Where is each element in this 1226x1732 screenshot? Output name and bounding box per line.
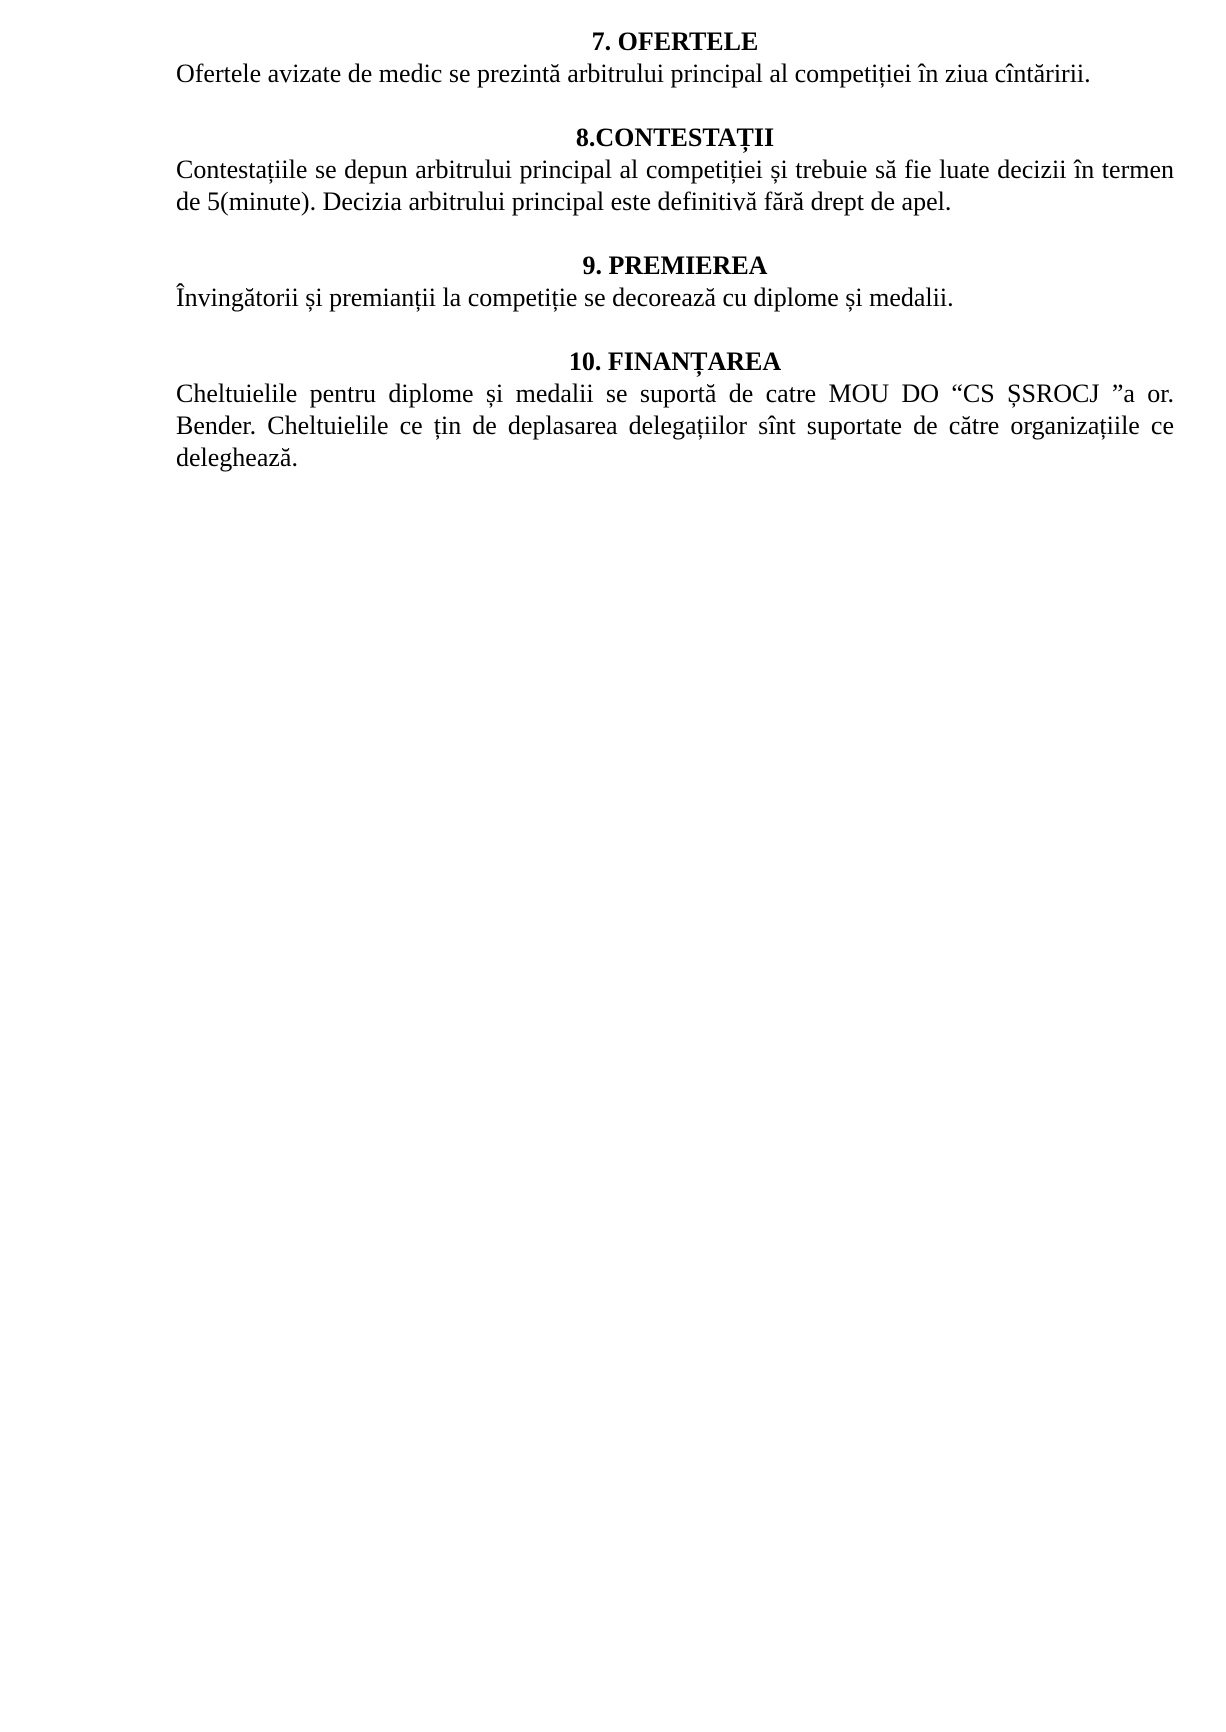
section-heading: 7. OFERTELE xyxy=(176,26,1174,58)
section-text: Cheltuielile pentru diplome și medalii s… xyxy=(176,378,1174,474)
section-premierea: 9. PREMIEREA Învingătorii și premianții … xyxy=(176,250,1174,314)
section-text: Învingătorii și premianții la competiție… xyxy=(176,282,1174,314)
section-heading: 9. PREMIEREA xyxy=(176,250,1174,282)
section-oferte: 7. OFERTELE Ofertele avizate de medic se… xyxy=(176,26,1174,90)
section-finantarea: 10. FINANȚAREA Cheltuielile pentru diplo… xyxy=(176,346,1174,474)
section-contestatii: 8.CONTESTAȚII Contestațiile se depun arb… xyxy=(176,122,1174,218)
section-text: Ofertele avizate de medic se prezintă ar… xyxy=(176,58,1174,90)
section-text: Contestațiile se depun arbitrului princi… xyxy=(176,154,1174,218)
section-heading: 8.CONTESTAȚII xyxy=(176,122,1174,154)
section-heading: 10. FINANȚAREA xyxy=(176,346,1174,378)
document-page: 7. OFERTELE Ofertele avizate de medic se… xyxy=(176,26,1174,506)
